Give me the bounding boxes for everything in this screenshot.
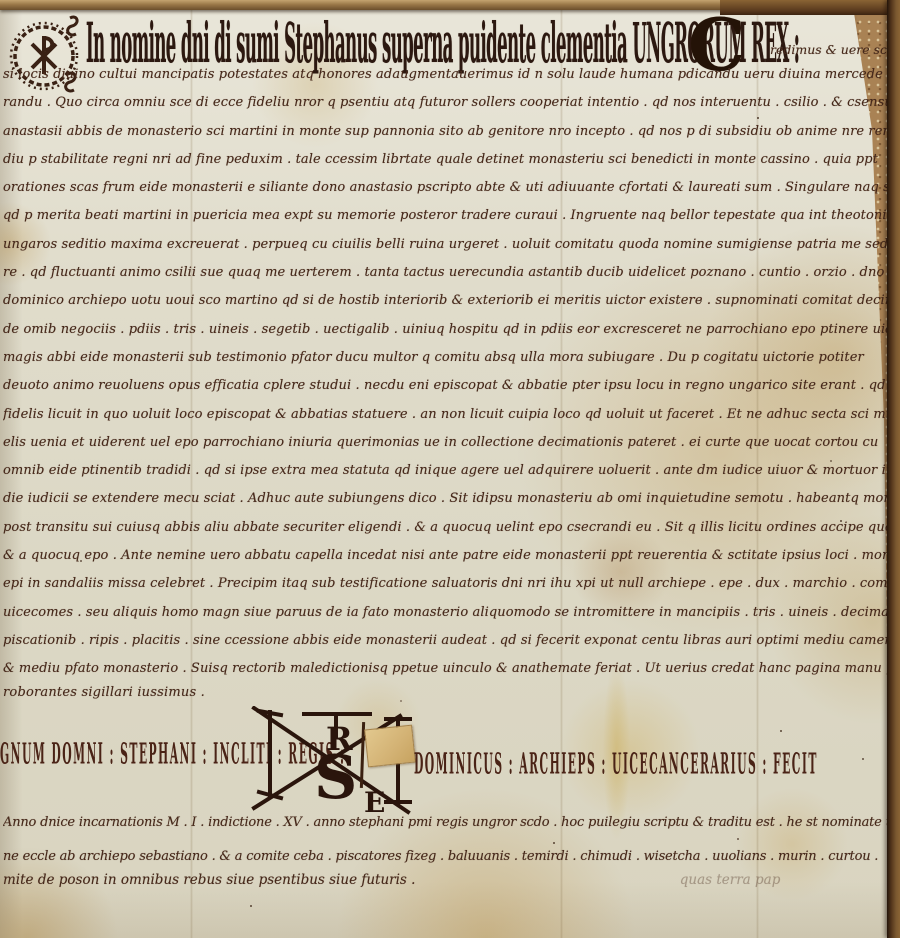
manuscript-line: epi in sandaliis missa celebret . Precip…: [3, 570, 887, 598]
dating-line: Anno dnice incarnationis M . I . indicti…: [3, 806, 887, 840]
chancellor-subscription: DOMINICUS : ARCHIEPS : UICECANCERARIUS :…: [414, 745, 900, 764]
manuscript-line: de omib negociis . pdiis . tris . uineis…: [3, 316, 887, 344]
manuscript-line: & a quocuq epo . Ante nemine uero abbatu…: [3, 542, 887, 570]
chancellor-subscription-text: DOMINICUS : ARCHIEPS : UICECANCERARIUS :…: [414, 746, 818, 781]
closing-line: roborantes sigillari iussimus .: [3, 685, 205, 700]
manuscript-line: omnib eide ptinentib tradidi . qd si ips…: [3, 457, 887, 485]
manuscript-line: deuoto animo reuoluens opus efficatia cp…: [3, 372, 887, 400]
manuscript-line: qd p merita beati martini in puericia me…: [3, 202, 887, 230]
manuscript-line: fidelis licuit in quo uoluit loco episco…: [3, 401, 887, 429]
final-line-text: mite de poson in omnibus rebus siue psen…: [3, 872, 415, 888]
manuscript-line: orationes scas frum eide monasterii e si…: [3, 174, 887, 202]
manuscript-line: magis abbi eide monasterii sub testimoni…: [3, 344, 887, 372]
framed-charter-photo: In nomine dni di sumi Stephanus superna …: [0, 0, 900, 938]
parchment-repair-patch: [364, 725, 416, 768]
monogram-letter-s: S: [314, 743, 357, 813]
manuscript-line: diu p stabilitate regni nri ad fine pedu…: [3, 146, 887, 174]
charter-body-text: si locis diuino cultui mancipatis potest…: [3, 61, 887, 684]
manuscript-line: uicecomes . seu aliquis homo magn siue p…: [3, 599, 887, 627]
faded-text: quas terra pap: [680, 872, 781, 888]
manuscript-line: & mediu pfato monasterio . Suisq rectori…: [3, 655, 887, 683]
manuscript-line: si locis diuino cultui mancipatis potest…: [3, 61, 887, 89]
dating-line: ne eccle ab archiepo sebastiano . & a co…: [3, 840, 887, 874]
manuscript-line: post transitu sui cuiusq abbis aliu abba…: [3, 514, 887, 542]
manuscript-line: die iudicii se extendere mecu sciat . Ad…: [3, 485, 887, 513]
manuscript-line: re . qd fluctuanti animo csilii sue quaq…: [3, 259, 887, 287]
manuscript-line: randu . Quo circa omniu sce di ecce fide…: [3, 89, 887, 117]
frame-right-rail: [887, 0, 900, 938]
dating-clause: Anno dnice incarnationis M . I . indicti…: [3, 806, 887, 874]
manuscript-line: elis uenia et uiderent uel epo parrochia…: [3, 429, 887, 457]
final-line: mite de poson in omnibus rebus siue psen…: [3, 872, 780, 888]
frame-top-right-corner: [720, 0, 900, 15]
manuscript-line: dominico archiepo uotu uoui sco martino …: [3, 287, 887, 315]
initial-continuation: redimus & uere scimus .: [770, 42, 890, 57]
manuscript-line: piscationib . ripis . placitis . sine cc…: [3, 627, 887, 655]
manuscript-line: anastasii abbis de monasterio sci martin…: [3, 118, 887, 146]
manuscript-line: ungaros seditio maxima excreuerat . perp…: [3, 231, 887, 259]
